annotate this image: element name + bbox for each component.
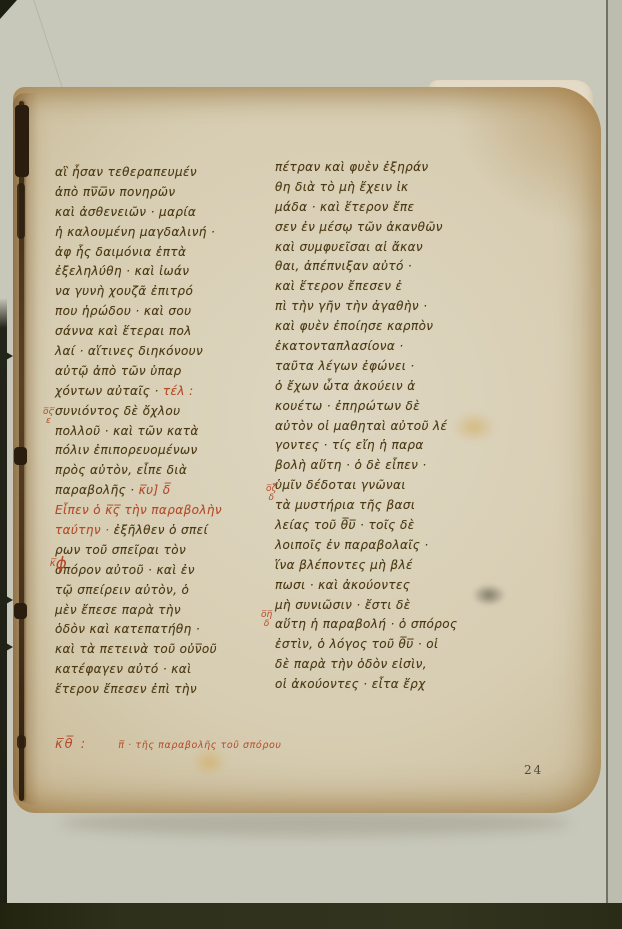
margin-note-ammonian-section: ο̅ζ̅ δ — [266, 485, 276, 503]
text-line: αὐτὸν οἱ μαθηταὶ αὐτοῦ λέ — [275, 419, 515, 439]
text-line: πρὸς αὐτὸν, εἶπε διὰ — [55, 463, 265, 483]
margin-note-chapter-initial: κ̅ϕ — [37, 548, 67, 580]
text-line: μὴ συνιῶσιν · ἔστι δὲ — [275, 598, 515, 618]
frame-bottom-band — [0, 903, 622, 929]
frame-corner-wedge — [0, 0, 17, 19]
text-line: ὁ ἔχων ὦτα ἀκούειν ἀ — [275, 379, 515, 399]
text-segment: κατέφαγεν αὐτό · καὶ — [55, 662, 192, 676]
text-line: ἵνα βλέποντες μὴ βλέ — [275, 558, 515, 578]
text-line: τὰ μυστήρια τῆς βασι — [275, 498, 515, 518]
margin-note-ammonian-section: ο̅ϛ̅ ε — [43, 408, 54, 426]
page-drop-shadow — [60, 810, 570, 836]
text-line: ρων τοῦ σπεῖραι τὸν — [55, 543, 265, 563]
text-line: παραβολῆς · κ̅υ] δ̅ — [55, 483, 265, 503]
text-line: καὶ τὰ πετεινὰ τοῦ οὐν̅οῦ — [55, 642, 265, 662]
text-segment: ταῦτα λέγων ἐφώνει · — [275, 359, 415, 373]
text-segment: ἡ καλουμένη μαγδαλινή · — [55, 225, 215, 239]
text-line: ἕτερον ἔπεσεν ἐπὶ τὴν — [55, 682, 265, 702]
text-segment: ὑμῖν δέδοται γνῶναι — [275, 478, 406, 492]
edge-thorn-mark — [6, 643, 13, 651]
text-segment: σπόρον αὐτοῦ · καὶ ἐν — [55, 563, 195, 577]
text-line: λοιποῖς ἐν παραβολαῖς · — [275, 538, 515, 558]
text-segment: σάννα καὶ ἕτεραι πολ — [55, 324, 192, 338]
text-line: πωσι · καὶ ἀκούοντες — [275, 578, 515, 598]
text-line: χόντων αὐταῖς · τέλ : — [55, 384, 265, 404]
text-line: ἡ καλουμένη μαγδαλινή · — [55, 225, 265, 245]
text-segment: ἑκατονταπλασίονα · — [275, 339, 404, 353]
text-segment: ἀπὸ πν̅ω̅ν πονηρῶν — [55, 185, 175, 199]
text-line: Εἶπεν ὁ κ̅ς̅ τὴν παραβολὴν — [55, 503, 265, 523]
text-line: κουέτω · ἐπηρώτων δὲ — [275, 399, 515, 419]
text-segment: τὰ μυστήρια τῆς βασι — [275, 498, 415, 512]
text-segment: κουέτω · ἐπηρώτων δὲ — [275, 399, 420, 413]
text-segment: θη διὰ τὸ μὴ ἔχειν ἰκ — [275, 180, 409, 194]
text-line: αὕτη ἡ παραβολή · ὁ σπόρος — [275, 617, 515, 637]
sewing-notch — [15, 105, 29, 177]
text-segment: γοντες · τίς εἴη ἡ παρα — [275, 438, 424, 452]
text-segment: πωσι · καὶ ἀκούοντες — [275, 578, 410, 592]
text-line: τῷ σπείρειν αὐτὸν, ὁ — [55, 583, 265, 603]
right-text-column: πέτραν καὶ φυὲν ἐξηράνθη διὰ τὸ μὴ ἔχειν… — [275, 160, 515, 697]
text-segment: πολλοῦ · καὶ τῶν κατὰ — [55, 424, 199, 438]
text-line: σεν ἐν μέσῳ τῶν ἀκανθῶν — [275, 220, 515, 240]
text-segment: χόντων αὐταῖς · — [55, 384, 159, 398]
left-text-column: αἳ ἦσαν τεθεραπευμένἀπὸ πν̅ω̅ν πονηρῶνκα… — [55, 165, 265, 702]
text-line: ἀφ ἧς δαιμόνια ἑπτὰ — [55, 245, 265, 265]
frame-right-line — [606, 0, 608, 929]
text-segment: που ἡρώδου · καὶ σου — [55, 304, 191, 318]
text-segment: μάδα · καὶ ἕτερον ἔπε — [275, 200, 414, 214]
text-line: συνιόντος δὲ ὄχλου — [55, 404, 265, 424]
sewing-notch — [17, 183, 25, 239]
text-line: πὶ τὴν γῆν τὴν ἀγαθὴν · — [275, 299, 515, 319]
text-segment: αὐτῷ ἀπὸ τῶν ὑπαρ — [55, 364, 182, 378]
edge-thorn-mark — [6, 352, 13, 360]
text-line: ἐξεληλύθη · καὶ ἰωάν — [55, 264, 265, 284]
text-line: σπόρον αὐτοῦ · καὶ ἐν — [55, 563, 265, 583]
text-line: πολλοῦ · καὶ τῶν κατὰ — [55, 424, 265, 444]
text-segment: παραβολῆς · — [55, 483, 134, 497]
text-segment: καὶ ἀσθενειῶν · μαρία — [55, 205, 196, 219]
text-segment: ἐξῆλθεν ὁ σπεί — [109, 523, 208, 537]
text-segment: πόλιν ἐπιπορευομένων — [55, 443, 198, 457]
text-line: γοντες · τίς εἴη ἡ παρα — [275, 438, 515, 458]
text-line: ταύτην · ἐξῆλθεν ὁ σπεί — [55, 523, 265, 543]
ornate-initial-glyph: ϕ — [56, 554, 67, 574]
text-segment: ἕτερον ἔπεσεν ἐπὶ τὴν — [55, 682, 197, 696]
text-line: μάδα · καὶ ἕτερον ἔπε — [275, 200, 515, 220]
text-line: καὶ ἕτερον ἔπεσεν ἐ — [275, 279, 515, 299]
text-line: πέτραν καὶ φυὲν ἐξηράν — [275, 160, 515, 180]
text-segment: κ̅υ] δ̅ — [134, 483, 170, 497]
text-line: λαί · αἵτινες διηκόνουν — [55, 344, 265, 364]
text-segment: αἳ ἦσαν τεθεραπευμέν — [55, 165, 197, 179]
frame-left-strip — [0, 298, 7, 929]
text-line: που ἡρώδου · καὶ σου — [55, 304, 265, 324]
text-segment: ἐξεληλύθη · καὶ ἰωάν — [55, 264, 189, 278]
text-segment: τέλ : — [159, 384, 194, 398]
text-segment: λαί · αἵτινες διηκόνουν — [55, 344, 203, 358]
frame-right-mat — [608, 0, 622, 929]
text-line: λείας τοῦ θ̅υ̅ · τοῖς δὲ — [275, 518, 515, 538]
text-segment: σεν ἐν μέσῳ τῶν ἀκανθῶν — [275, 220, 443, 234]
text-line: να γυνὴ χουζᾶ ἐπιτρό — [55, 284, 265, 304]
text-line: ὑμῖν δέδοται γνῶναι — [275, 478, 515, 498]
chapter-rubric: κ̅θ̅ : π̅ · τῆς παραβολῆς τοῦ σπόρου — [55, 733, 281, 752]
sewing-notch — [17, 735, 26, 749]
text-segment: μὲν ἔπεσε παρὰ τὴν — [55, 603, 181, 617]
text-line: ἑκατονταπλασίονα · — [275, 339, 515, 359]
text-line: πόλιν ἐπιπορευομένων — [55, 443, 265, 463]
text-line: ταῦτα λέγων ἐφώνει · — [275, 359, 515, 379]
text-line: ὁδὸν καὶ κατεπατήθη · — [55, 622, 265, 642]
text-segment: λείας τοῦ θ̅υ̅ · τοῖς δὲ — [275, 518, 415, 532]
rubric-chapter-number: κ̅θ̅ : — [55, 737, 87, 752]
text-segment: δὲ παρὰ τὴν ὁδὸν εἰσὶν, — [275, 657, 427, 671]
text-segment: λοιποῖς ἐν παραβολαῖς · — [275, 538, 429, 552]
text-segment: καὶ ἕτερον ἔπεσεν ἐ — [275, 279, 402, 293]
text-segment: ἐστὶν, ὁ λόγος τοῦ θ̅υ̅ · οἱ — [275, 637, 438, 651]
slide-photograph: αἳ ἦσαν τεθεραπευμένἀπὸ πν̅ω̅ν πονηρῶνκα… — [0, 0, 622, 929]
text-line: κατέφαγεν αὐτό · καὶ — [55, 662, 265, 682]
text-line: αὐτῷ ἀπὸ τῶν ὑπαρ — [55, 364, 265, 384]
text-line: βολὴ αὕτη · ὁ δὲ εἶπεν · — [275, 458, 515, 478]
text-line: θη διὰ τὸ μὴ ἔχειν ἰκ — [275, 180, 515, 200]
text-segment: πέτραν καὶ φυὲν ἐξηράν — [275, 160, 429, 174]
rubric-title: π̅ · τῆς παραβολῆς τοῦ σπόρου — [118, 740, 281, 751]
text-segment: συνιόντος δὲ ὄχλου — [55, 404, 180, 418]
text-segment: βολὴ αὕτη · ὁ δὲ εἶπεν · — [275, 458, 427, 472]
text-line: μὲν ἔπεσε παρὰ τὴν — [55, 603, 265, 623]
text-segment: μὴ συνιῶσιν · ἔστι δὲ — [275, 598, 411, 612]
text-line: οἱ ἀκούοντες · εἶτα ἔρχ — [275, 677, 515, 697]
text-line: θαι, ἀπέπνιξαν αὐτό · — [275, 259, 515, 279]
text-segment: πρὸς αὐτὸν, εἶπε διὰ — [55, 463, 187, 477]
text-segment: να γυνὴ χουζᾶ ἐπιτρό — [55, 284, 193, 298]
text-line: καὶ ἀσθενειῶν · μαρία — [55, 205, 265, 225]
text-segment: αὕτη ἡ παραβολή · ὁ σπόρος — [275, 617, 457, 631]
sewing-notch — [14, 447, 27, 465]
text-line: δὲ παρὰ τὴν ὁδὸν εἰσὶν, — [275, 657, 515, 677]
text-segment: καὶ τὰ πετεινὰ τοῦ οὐν̅οῦ — [55, 642, 217, 656]
text-line: καὶ συμφυεῖσαι αἱ ἄκαν — [275, 240, 515, 260]
text-line: ἐστὶν, ὁ λόγος τοῦ θ̅υ̅ · οἱ — [275, 637, 515, 657]
text-segment: καὶ συμφυεῖσαι αἱ ἄκαν — [275, 240, 423, 254]
text-line: αἳ ἦσαν τεθεραπευμέν — [55, 165, 265, 185]
text-segment: αὐτὸν οἱ μαθηταὶ αὐτοῦ λέ — [275, 419, 447, 433]
text-segment: ὁ ἔχων ὦτα ἀκούειν ἀ — [275, 379, 416, 393]
text-line: ἀπὸ πν̅ω̅ν πονηρῶν — [55, 185, 265, 205]
text-segment: θαι, ἀπέπνιξαν αὐτό · — [275, 259, 412, 273]
text-segment: ρων τοῦ σπεῖραι τὸν — [55, 543, 186, 557]
text-segment: τῷ σπείρειν αὐτὸν, ὁ — [55, 583, 189, 597]
margin-note-ammonian-section: ο̅η̅ δ — [261, 611, 272, 629]
text-segment: πὶ τὴν γῆν τὴν ἀγαθὴν · — [275, 299, 427, 313]
text-segment: ὁδὸν καὶ κατεπατήθη · — [55, 622, 200, 636]
text-segment: καὶ φυὲν ἐποίησε καρπὸν — [275, 319, 433, 333]
text-line: σάννα καὶ ἕτεραι πολ — [55, 324, 265, 344]
stain — [192, 748, 226, 776]
text-segment: ἵνα βλέποντες μὴ βλέ — [275, 558, 413, 572]
sewing-notch — [14, 603, 27, 619]
text-segment: ταύτην · — [55, 523, 109, 537]
edge-thorn-mark — [6, 596, 13, 604]
folio-number-stamp: 24 — [524, 763, 543, 777]
text-segment: Εἶπεν ὁ κ̅ς̅ τὴν παραβολὴν — [55, 503, 222, 517]
text-line: καὶ φυὲν ἐποίησε καρπὸν — [275, 319, 515, 339]
text-segment: οἱ ἀκούοντες · εἶτα ἔρχ — [275, 677, 426, 691]
text-segment: ἀφ ἧς δαιμόνια ἑπτὰ — [55, 245, 186, 259]
